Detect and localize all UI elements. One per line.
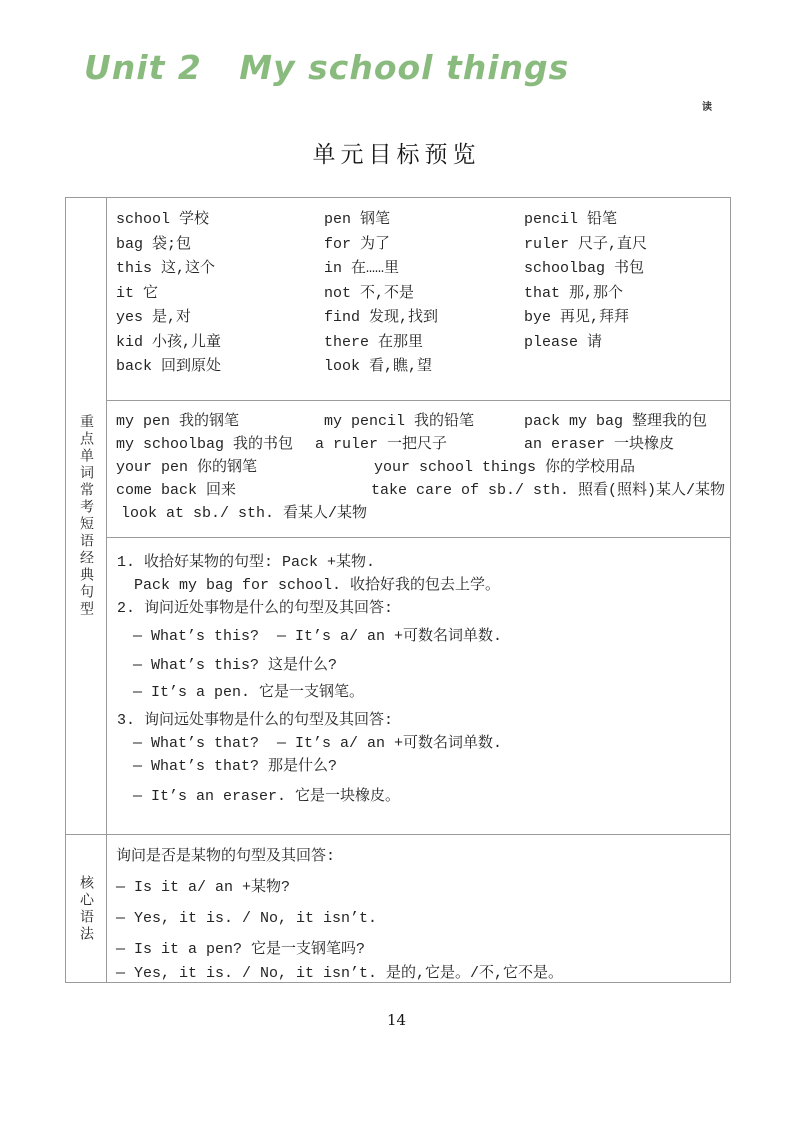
section2-label: 核心语法	[76, 875, 96, 943]
phrase-line: your pen 你的钢笔 your school things 你的学校用品	[116, 456, 726, 479]
goals-table: 重点单词常考短语经典句型 school 学校 pen 钢笔 pencil 铅笔 …	[65, 197, 731, 983]
pattern-line: — What’s that? — It’s a/ an +可数名词单数.	[117, 732, 726, 755]
vocab-entry: in 在……里	[324, 257, 524, 282]
vocab-entry: school 学校	[116, 208, 324, 233]
pattern-line: — It’s a pen. 它是一支钢笔。	[117, 681, 726, 704]
corner-mark: 读	[702, 98, 712, 113]
section-heading: 单元目标预览	[0, 136, 793, 169]
vocab-entry: that 那,那个	[524, 282, 726, 307]
phrase-line: come back 回来 take care of sb./ sth. 照看(照…	[116, 479, 726, 502]
page-number: 14	[0, 1011, 793, 1029]
pattern-line: — What’s this? 这是什么?	[117, 654, 726, 677]
grammar-cell: 询问是否是某物的句型及其回答: — Is it a/ an +某物? — Yes…	[107, 835, 730, 982]
vocab-entry: yes 是,对	[116, 306, 324, 331]
grammar-line: — Is it a pen? 它是一支钢笔吗?	[116, 938, 726, 961]
grammar-line: 询问是否是某物的句型及其回答:	[116, 845, 726, 868]
vocabulary-cell: school 学校 pen 钢笔 pencil 铅笔 bag 袋;包 for 为…	[107, 198, 730, 400]
grammar-line: — Yes, it is. / No, it isn’t. 是的,它是。/不,它…	[116, 962, 726, 985]
vocab-entry: bag 袋;包	[116, 233, 324, 258]
phrase-entry: your school things 你的学校用品	[374, 456, 635, 479]
phrase-entry: look at sb./ sth. 看某人/某物	[121, 502, 367, 525]
phrase-entry: my pen 我的钢笔	[116, 410, 324, 433]
vocab-entry	[524, 355, 726, 380]
vocab-entry: schoolbag 书包	[524, 257, 726, 282]
pattern-line: 3. 询问远处事物是什么的句型及其回答:	[117, 709, 726, 732]
vocabulary-grid: school 学校 pen 钢笔 pencil 铅笔 bag 袋;包 for 为…	[116, 208, 726, 380]
unit-title: Unit 2 My school things	[84, 48, 569, 87]
grammar-line: — Is it a/ an +某物?	[116, 876, 726, 899]
vocab-entry: it 它	[116, 282, 324, 307]
section1-label: 重点单词常考短语经典句型	[76, 414, 96, 618]
section-label-cell: 重点单词常考短语经典句型	[66, 198, 107, 834]
grammar-line: — Yes, it is. / No, it isn’t.	[116, 907, 726, 930]
phrase-entry: an eraser 一块橡皮	[524, 433, 674, 456]
phrase-line: my pen 我的钢笔 my pencil 我的铅笔 pack my bag 整…	[116, 410, 726, 433]
phrases-cell: my pen 我的钢笔 my pencil 我的铅笔 pack my bag 整…	[107, 400, 730, 537]
pattern-line: 2. 询问近处事物是什么的句型及其回答:	[117, 597, 726, 620]
pattern-line: — It’s an eraser. 它是一块橡皮。	[117, 785, 726, 808]
document-page: Unit 2 My school things 读 单元目标预览 重点单词常考短…	[0, 0, 793, 1121]
vocab-entry: ruler 尺子,直尺	[524, 233, 726, 258]
vocab-entry: kid 小孩,儿童	[116, 331, 324, 356]
section-core-words: 重点单词常考短语经典句型 school 学校 pen 钢笔 pencil 铅笔 …	[66, 198, 730, 834]
section-core-grammar: 核心语法 询问是否是某物的句型及其回答: — Is it a/ an +某物? …	[66, 834, 730, 982]
vocab-entry: bye 再见,拜拜	[524, 306, 726, 331]
phrase-entry: your pen 你的钢笔	[116, 456, 374, 479]
phrase-line: my schoolbag 我的书包 a ruler 一把尺子 an eraser…	[116, 433, 726, 456]
vocab-entry: this 这,这个	[116, 257, 324, 282]
vocab-entry: pen 钢笔	[324, 208, 524, 233]
vocab-entry: look 看,瞧,望	[324, 355, 524, 380]
pattern-line: — What’s this? — It’s a/ an +可数名词单数.	[117, 625, 726, 648]
vocab-entry: there 在那里	[324, 331, 524, 356]
phrase-entry: come back 回来	[116, 479, 371, 502]
core-content-column: school 学校 pen 钢笔 pencil 铅笔 bag 袋;包 for 为…	[107, 198, 730, 834]
vocab-entry: pencil 铅笔	[524, 208, 726, 233]
pattern-line: 1. 收拾好某物的句型: Pack +某物.	[117, 551, 726, 574]
vocab-entry: back 回到原处	[116, 355, 324, 380]
phrase-line: look at sb./ sth. 看某人/某物	[116, 502, 726, 525]
phrase-entry: take care of sb./ sth. 照看(照料)某人/某物	[371, 479, 725, 502]
phrase-entry: my schoolbag 我的书包	[116, 433, 315, 456]
sentence-patterns-cell: 1. 收拾好某物的句型: Pack +某物. Pack my bag for s…	[107, 537, 730, 834]
section-label-cell: 核心语法	[66, 835, 107, 982]
vocab-entry: for 为了	[324, 233, 524, 258]
vocab-entry: not 不,不是	[324, 282, 524, 307]
phrase-entry: my pencil 我的铅笔	[324, 410, 524, 433]
phrase-entry: pack my bag 整理我的包	[524, 410, 707, 433]
pattern-line: Pack my bag for school. 收拾好我的包去上学。	[117, 574, 726, 597]
vocab-entry: please 请	[524, 331, 726, 356]
vocab-entry: find 发现,找到	[324, 306, 524, 331]
pattern-line: — What’s that? 那是什么?	[117, 755, 726, 778]
phrase-entry: a ruler 一把尺子	[315, 433, 524, 456]
